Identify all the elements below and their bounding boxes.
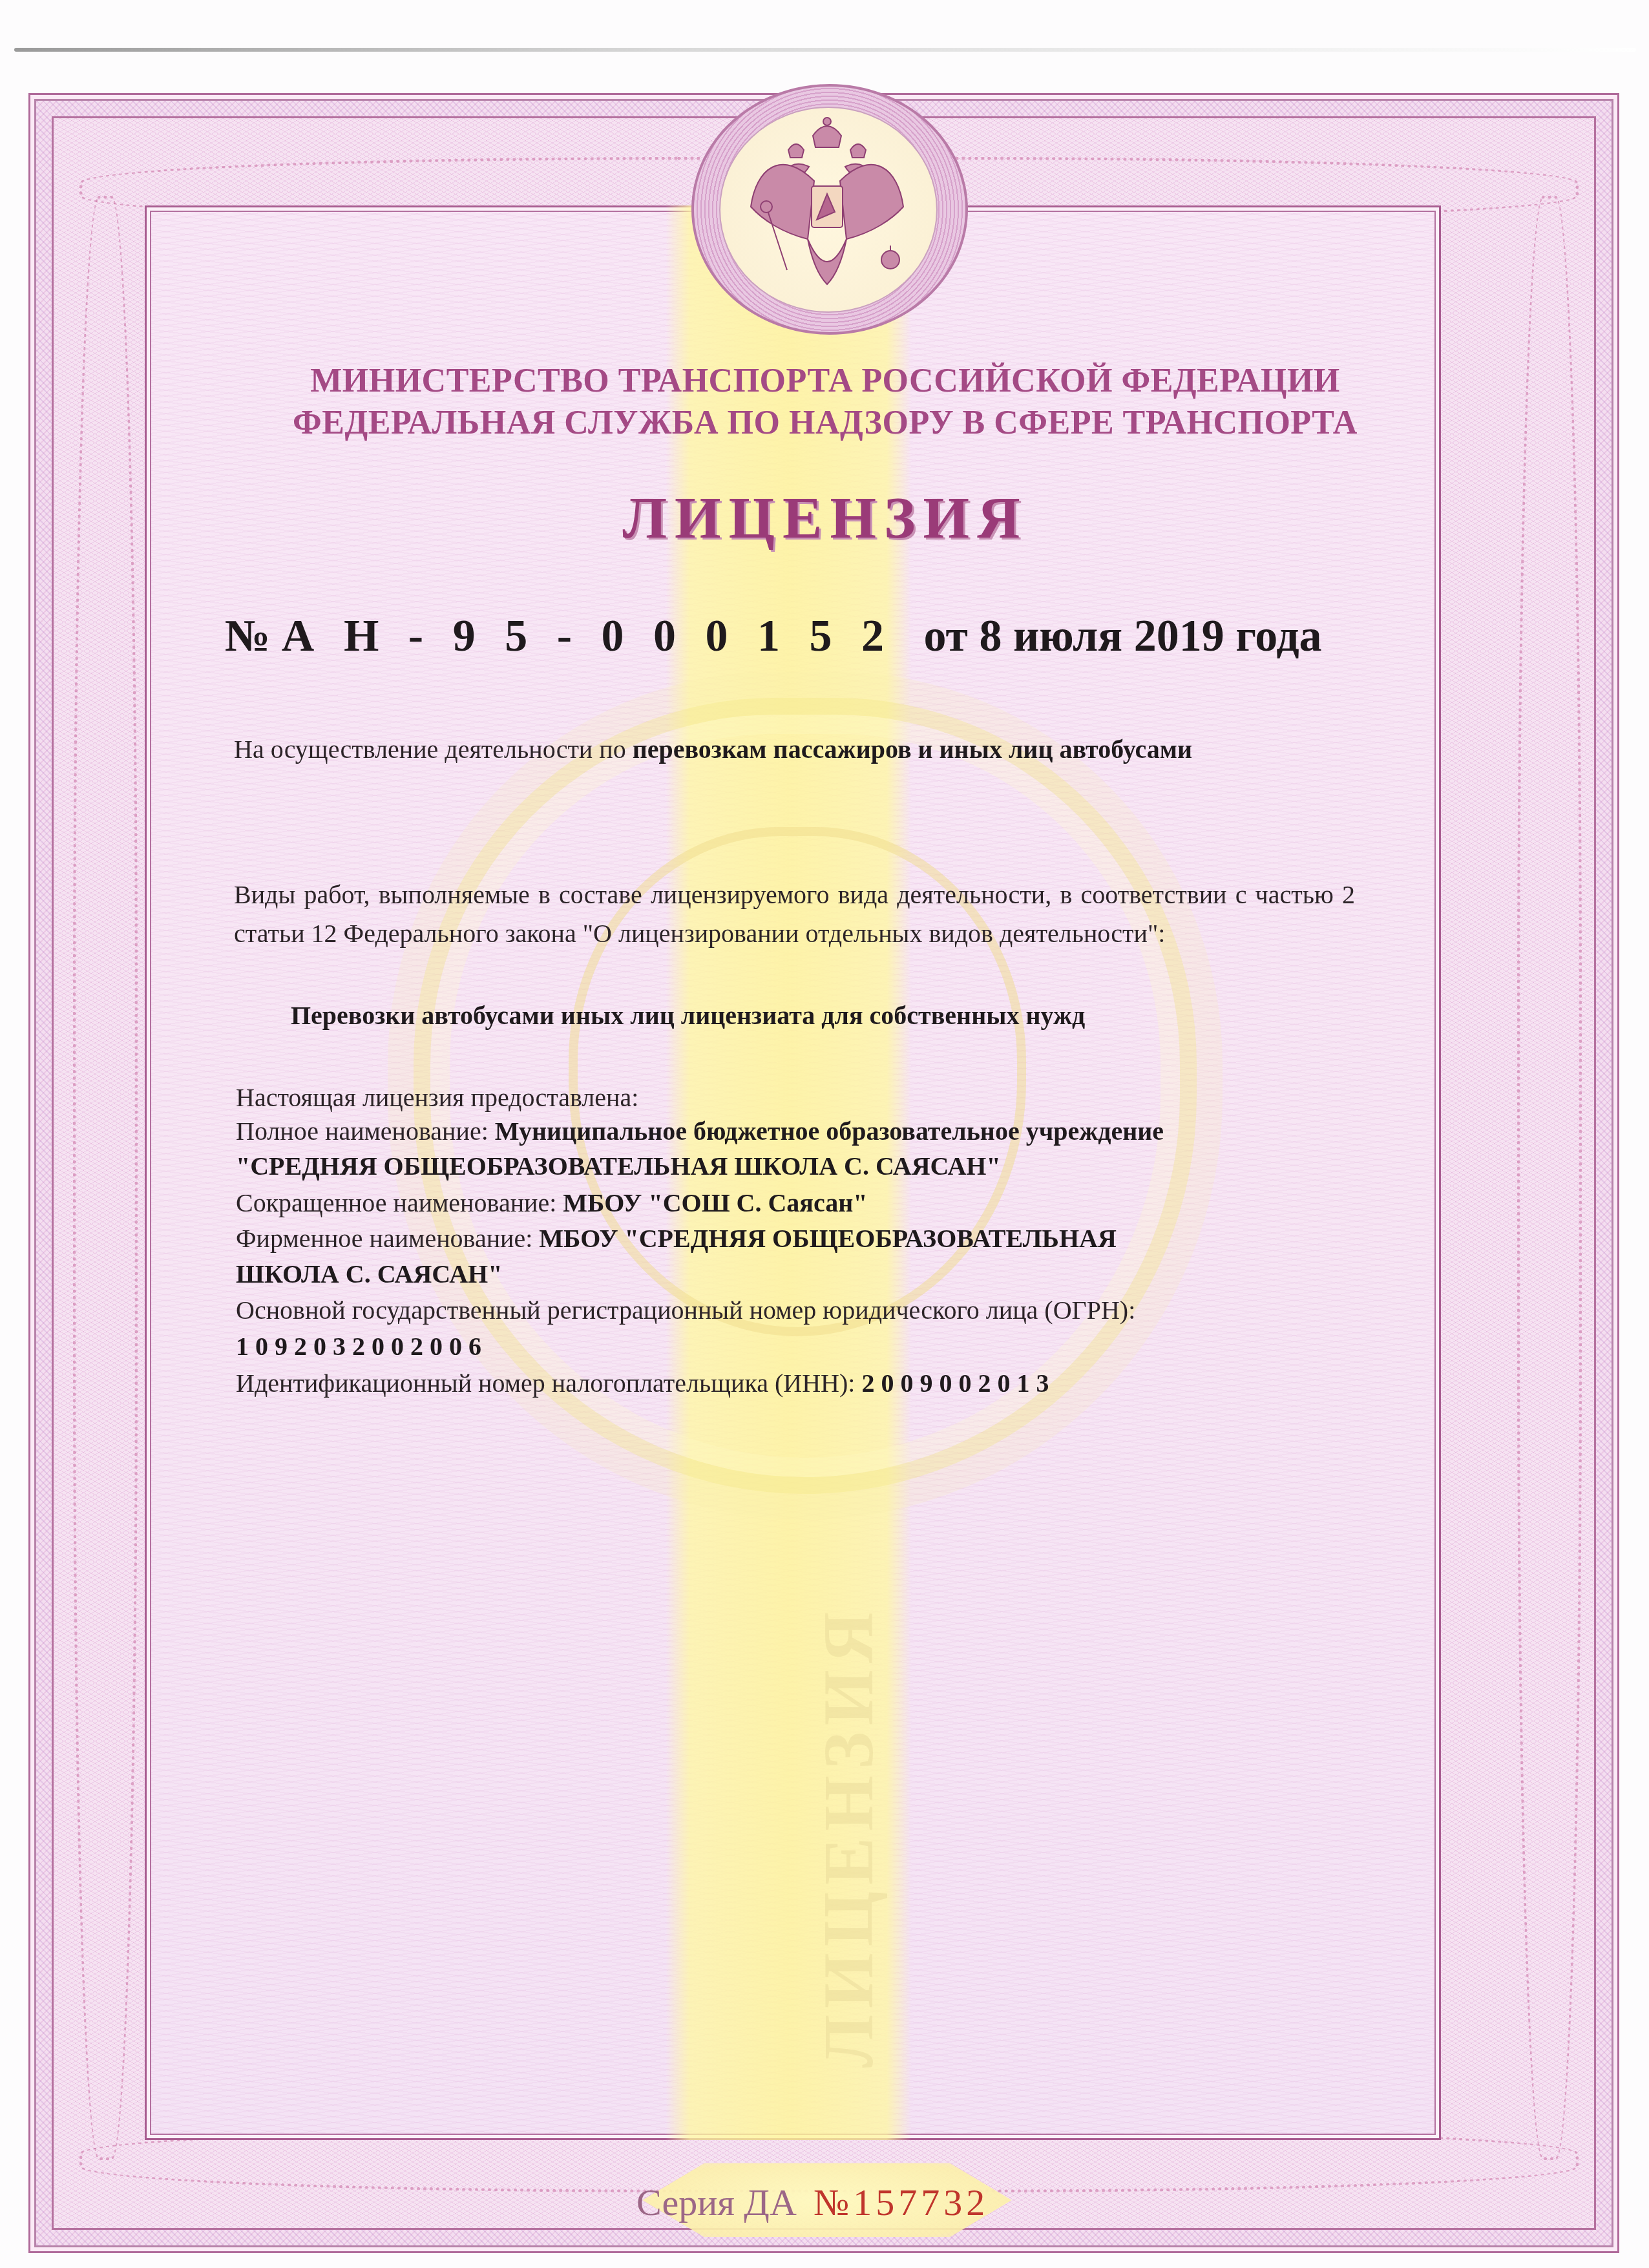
inn-value: 2009002013 xyxy=(861,1369,1055,1398)
short-name-label: Сокращенное наименование: xyxy=(236,1188,556,1217)
full-name-value-cont: "СРЕДНЯЯ ОБЩЕОБРАЗОВАТЕЛЬНАЯ ШКОЛА С. СА… xyxy=(236,1151,1001,1181)
licensee-intro: Настоящая лицензия предоставлена: xyxy=(236,1082,638,1113)
full-name-value: Муниципальное бюджетное образовательное … xyxy=(495,1117,1164,1146)
brand-name-row: Фирменное наименование: МБОУ "СРЕДНЯЯ ОБ… xyxy=(236,1223,1117,1254)
brand-name-value-cont: ШКОЛА С. САЯСАН" xyxy=(236,1259,502,1288)
activity-name: перевозкам пассажиров и иных лиц автобус… xyxy=(633,735,1192,764)
brand-name-value: МБОУ "СРЕДНЯЯ ОБЩЕОБРАЗОВАТЕЛЬНАЯ xyxy=(539,1224,1116,1253)
short-name-row: Сокращенное наименование: МБОУ "СОШ С. С… xyxy=(236,1188,868,1218)
ministry-title: МИНИСТЕРСТВО ТРАНСПОРТА РОССИЙСКОЙ ФЕДЕР… xyxy=(145,362,1506,400)
series-label: Серия ДА xyxy=(636,2181,797,2224)
short-name-value: МБОУ "СОШ С. Саясан" xyxy=(563,1188,867,1217)
activity-intro: На осуществление деятельности по xyxy=(234,735,626,764)
full-name-label: Полное наименование: xyxy=(236,1117,488,1146)
russian-coat-of-arms-icon xyxy=(737,110,918,304)
inn-row: Идентификационный номер налогоплательщик… xyxy=(236,1368,1055,1398)
number-sign: № xyxy=(225,611,270,661)
border-wave-right xyxy=(1517,196,1582,2160)
license-number: А Н - 9 5 - 0 0 0 1 5 2 xyxy=(282,611,893,661)
border-wave-left xyxy=(73,196,138,2160)
service-title: ФЕДЕРАЛЬНАЯ СЛУЖБА ПО НАДЗОРУ В СФЕРЕ ТР… xyxy=(145,404,1506,442)
scan-paper-edge xyxy=(14,48,1636,52)
inn-label: Идентификационный номер налогоплательщик… xyxy=(236,1369,855,1398)
ogrn-label: Основной государственный регистрационный… xyxy=(236,1295,1135,1325)
license-heading: ЛИЦЕНЗИЯ xyxy=(145,483,1506,552)
license-number-line: № А Н - 9 5 - 0 0 0 1 5 2 от 8 июля 2019… xyxy=(225,611,1322,662)
license-date: от 8 июля 2019 года xyxy=(923,611,1321,661)
brand-name-row-cont: ШКОЛА С. САЯСАН" xyxy=(236,1259,502,1289)
full-name-row: Полное наименование: Муниципальное бюдже… xyxy=(236,1116,1164,1146)
form-number: №157732 xyxy=(814,2181,989,2224)
ogrn-value: 1092032002006 xyxy=(236,1331,488,1361)
work-item: Перевозки автобусами иных лиц лицензиата… xyxy=(291,1000,1085,1031)
brand-name-label: Фирменное наименование: xyxy=(236,1224,532,1253)
form-series: Серия ДА №157732 xyxy=(636,2176,998,2228)
full-name-row-cont: "СРЕДНЯЯ ОБЩЕОБРАЗОВАТЕЛЬНАЯ ШКОЛА С. СА… xyxy=(236,1151,1001,1181)
works-intro: Виды работ, выполняемые в составе лиценз… xyxy=(234,876,1355,953)
activity-statement: На осуществление деятельности по перевоз… xyxy=(234,730,1355,769)
